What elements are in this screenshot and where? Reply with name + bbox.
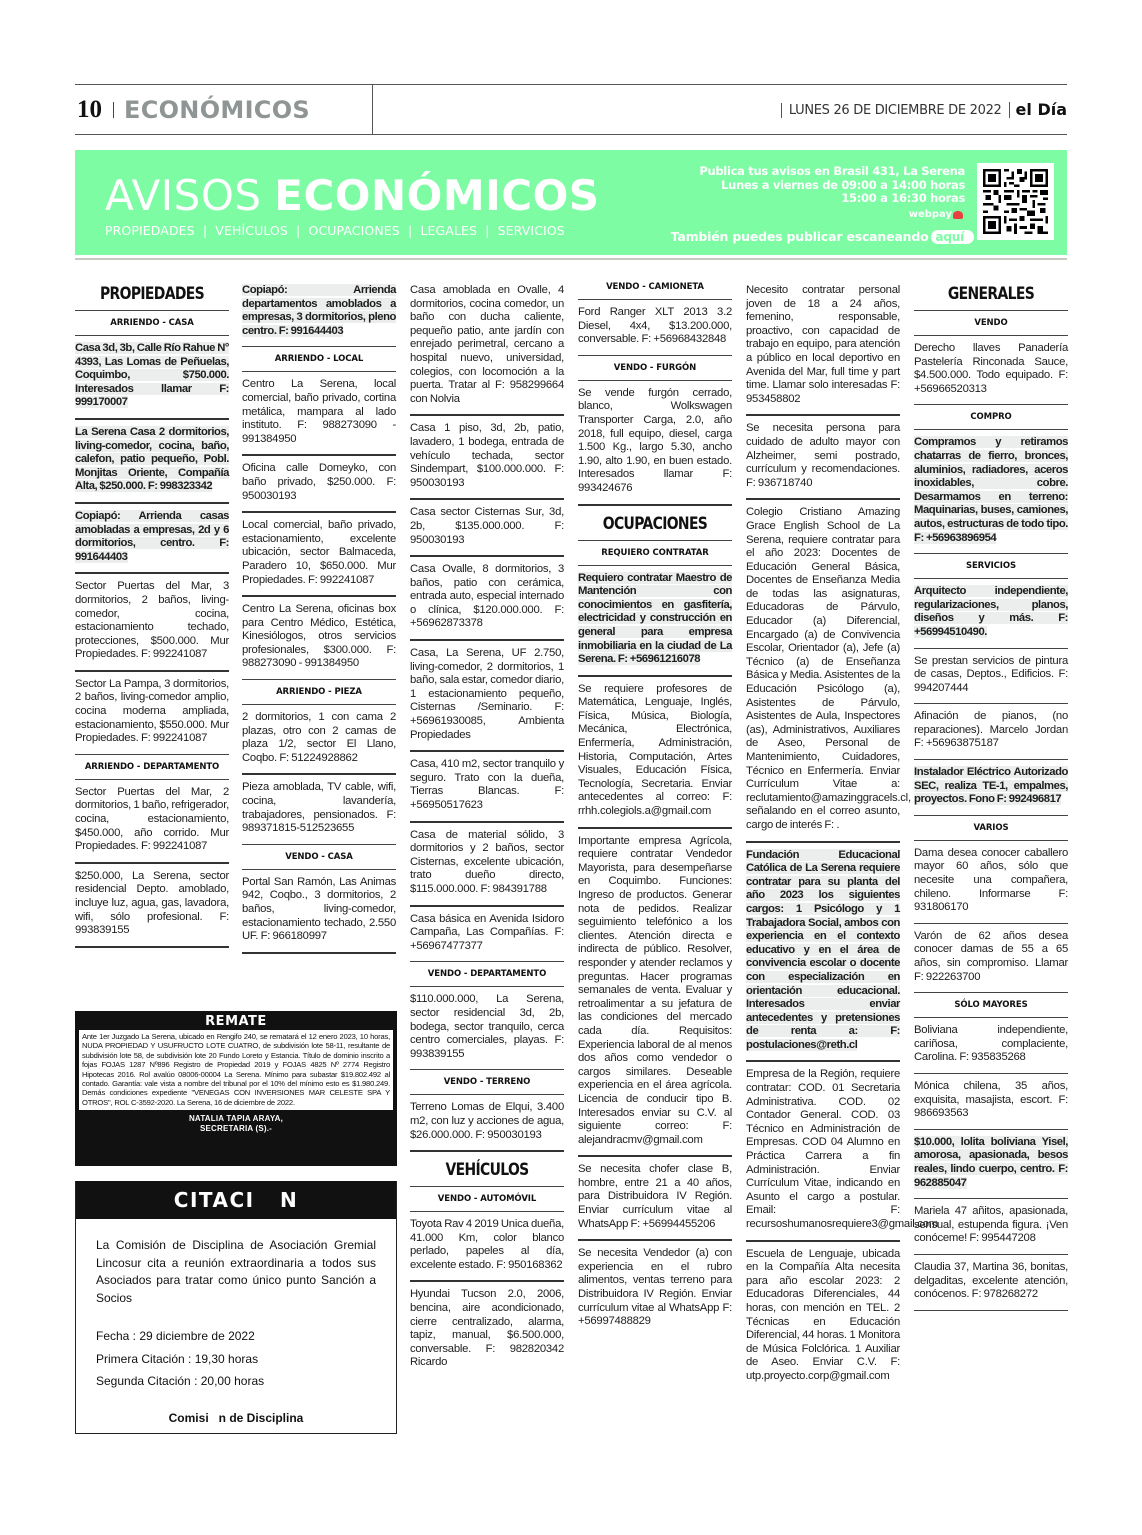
subsection-vendo-camioneta: VENDO - CAMIONETA <box>578 280 732 299</box>
section-title-propiedades: PROPIEDADES <box>89 280 215 310</box>
ad-text: Fundación Educacional Católica de La Ser… <box>746 849 900 1051</box>
classified-ad: La Serena Casa 2 dormitorios, living-com… <box>75 420 229 502</box>
subsection-vendo-departamento: VENDO - DEPARTAMENTO <box>410 962 564 986</box>
classified-ad: Se vende furgón cerrado, blanco, Wolkswa… <box>578 381 732 504</box>
ad-text: Copiapó: Arrienda departamentos amoblado… <box>242 284 396 337</box>
classified-ad: Necesito contratar personal joven de 18 … <box>746 280 900 414</box>
classified-ad: Arquitecto independiente, regularizacion… <box>914 579 1068 647</box>
banner-title-light: AVISOS <box>105 171 262 220</box>
classified-ad: Se prestan servicios de pintura de casas… <box>914 649 1068 704</box>
classified-ad: Portal San Ramón, Las Animas 942, Coqbo.… <box>242 870 396 952</box>
banner-bottom-rule <box>75 258 1067 260</box>
webpay-plus-icon <box>953 211 963 219</box>
classified-ad: Pieza amoblada, TV cable, wifi, cocina, … <box>242 775 396 843</box>
classified-ad: Casa básica en Avenida Isidoro Campaña, … <box>410 907 564 962</box>
subsection-compro: COMPRO <box>914 405 1068 429</box>
classified-ad: Casa amoblada en Ovalle, 4 dormitorios, … <box>410 280 564 414</box>
subsection-vendo-furgon: VENDO - FURGÓN <box>578 356 732 380</box>
ad-text: Copiapó: Arrienda casas amobladas a empr… <box>75 510 229 563</box>
ad-text: Requiero contratar Maestro de Mantención… <box>578 572 732 666</box>
banner-title-bold: ECONÓMICOS <box>274 171 599 220</box>
header-right: LUNES 26 DE DICIEMBRE DE 2022 el Día <box>781 85 1067 135</box>
column-4: VENDO - CAMIONETA Ford Ranger XLT 2013 3… <box>578 280 732 1337</box>
section-title-ocupaciones: OCUPACIONES <box>592 506 718 540</box>
classified-ad: Ford Ranger XLT 2013 3.2 Diesel, 4x4, $1… <box>578 300 732 355</box>
page-number: 10 <box>77 96 102 124</box>
classified-ad: Casa, 410 m2, sector tranquilo y seguro.… <box>410 752 564 820</box>
banner-categories: PROPIEDADES | VEHÍCULOS | OCUPACIONES | … <box>105 223 565 238</box>
classified-ad: Casa 1 piso, 3d, 2b, patio, lavadero, 1 … <box>410 416 564 498</box>
classified-ad: Casa sector Cisternas Sur, 3d, 2b, $135.… <box>410 500 564 555</box>
classified-ad: Casa 3d, 3b, Calle Río Rahue N° 4393, La… <box>75 336 229 418</box>
column-5: Necesito contratar personal joven de 18 … <box>746 280 900 1392</box>
subsection-arriendo-pieza: ARRIENDO - PIEZA <box>242 680 396 704</box>
scan-here-link[interactable]: aquí <box>931 230 974 244</box>
classified-ad: Claudia 37, Martina 36, bonitas, delgadi… <box>914 1255 1068 1310</box>
publish-address: Publica tus avisos en Brasil 431, La Ser… <box>699 165 965 179</box>
classified-ad: Centro La Serena, oficinas box para Cent… <box>242 597 396 679</box>
citacion-segunda: Segunda Citación : 20,00 horas <box>76 1370 396 1393</box>
remate-body: Ante 1er Juzgado La Serena, ubicado en R… <box>79 1030 393 1110</box>
classified-ad: Se necesita chofer clase B, hombre, entr… <box>578 1157 732 1239</box>
divider <box>75 946 229 948</box>
subsection-arriendo-local: ARRIENDO - LOCAL <box>242 347 396 371</box>
section-title-generales: GENERALES <box>928 280 1054 310</box>
banner-publish-info: Publica tus avisos en Brasil 431, La Ser… <box>699 165 965 206</box>
classified-ad: Local comercial, baño privado, estaciona… <box>242 513 396 595</box>
classified-ad: Sector Puertas del Mar, 2 dormitorios, 1… <box>75 780 229 862</box>
banner-scan-cta: También puedes publicar escaneando aquí <box>671 229 974 244</box>
scan-here-label: aquí <box>935 230 964 244</box>
citacion-notice: CITACI N La Comisión de Disciplina de As… <box>75 1181 397 1434</box>
classified-ad: $110.000.000, La Serena, sector residenc… <box>410 987 564 1069</box>
classified-ad: Compramos y retiramos chatarras de fierr… <box>914 430 1068 553</box>
classified-ad: Sector La Pampa, 3 dormitorios, 2 baños,… <box>75 672 229 754</box>
classified-ad: Importante empresa Agrícola, requiere co… <box>578 829 732 1156</box>
scan-text: También puedes publicar escaneando <box>671 229 929 244</box>
classified-ad: Copiapó: Arrienda departamentos amoblado… <box>242 280 396 346</box>
classified-ad: Oficina calle Domeyko, con baño privado,… <box>242 456 396 511</box>
ad-text: Instalador Eléctrico Autorizado SEC, rea… <box>914 766 1068 805</box>
newspaper-logo: el Día <box>1009 102 1067 118</box>
page-header: 10 ECONÓMICOS LUNES 26 DE DICIEMBRE DE 2… <box>75 85 1067 135</box>
divider <box>242 952 396 954</box>
section-title-vehiculos: VEHÍCULOS <box>424 1152 550 1186</box>
section-name: ECONÓMICOS <box>124 96 310 124</box>
column-2: Copiapó: Arrienda departamentos amoblado… <box>242 280 396 954</box>
classified-ad: Varón de 62 años desea conocer damas de … <box>914 924 1068 992</box>
citacion-body: La Comisión de Disciplina de Asociación … <box>76 1219 396 1307</box>
publish-hours-morning: Lunes a viernes de 09:00 a 14:00 horas <box>699 179 965 193</box>
subsection-vendo-terreno: VENDO - TERRENO <box>410 1070 564 1094</box>
ad-text: La Serena Casa 2 dormitorios, living-com… <box>75 426 229 492</box>
publish-hours-afternoon: 15:00 a 16:30 horas <box>699 192 965 206</box>
spacer <box>76 1307 396 1325</box>
classified-ad: 2 dormitorios, 1 con cama 2 plazas, otro… <box>242 705 396 773</box>
webpay-label: webpay <box>909 209 952 220</box>
classified-ad: Empresa de la Región, requiere contratar… <box>746 1062 900 1239</box>
classified-ad: Escuela de Lenguaje, ubicada en la Compa… <box>746 1242 900 1392</box>
classified-ad: Fundación Educacional Católica de La Ser… <box>746 843 900 1061</box>
classified-ad: Boliviana independiente, cariñosa, compl… <box>914 1018 1068 1073</box>
remate-title: REMATE <box>75 1011 397 1030</box>
ad-text: Arquitecto independiente, regularizacion… <box>914 585 1068 638</box>
classified-ad: Hyundai Tucson 2.0, 2006, bencina, aire … <box>410 1282 564 1378</box>
ad-text: Compramos y retiramos chatarras de fierr… <box>914 436 1068 543</box>
subsection-servicios: SERVICIOS <box>914 554 1068 578</box>
qr-code-icon[interactable] <box>977 163 1054 240</box>
classified-ad: Colegio Cristiano Amazing Grace English … <box>746 500 900 840</box>
divider <box>914 1310 1068 1311</box>
classified-ad: Centro La Serena, local comercial, baño … <box>242 372 396 454</box>
classified-ad: Mariela 47 añitos, apasionada, sensual, … <box>914 1199 1068 1254</box>
remate-signature: NATALIA TAPIA ARAYA, SECRETARIA (S).- <box>75 1110 397 1134</box>
citacion-signature: Comisi n de Disciplina <box>76 1411 396 1425</box>
classified-ad: $250.000, La Serena, sector residencial … <box>75 864 229 946</box>
classified-ad: $10.000, lolita boliviana Yisel, amorosa… <box>914 1130 1068 1198</box>
classified-ad: Se necesita Vendedor (a) con experiencia… <box>578 1241 732 1337</box>
classified-ad: Dama desea conocer caballero mayor 60 añ… <box>914 841 1068 923</box>
classified-ad: Casa de material sólido, 3 dormitorios y… <box>410 823 564 905</box>
avisos-banner: AVISOS ECONÓMICOS PROPIEDADES | VEHÍCULO… <box>75 150 1067 255</box>
header-left: 10 ECONÓMICOS <box>75 85 373 135</box>
subsection-vendo: VENDO <box>914 311 1068 335</box>
classified-ad: Terreno Lomas de Elqui, 3.400 m2, con lu… <box>410 1095 564 1150</box>
ad-text: $10.000, lolita boliviana Yisel, amorosa… <box>914 1136 1068 1189</box>
remate-notice: REMATE Ante 1er Juzgado La Serena, ubica… <box>75 1011 397 1166</box>
banner-title: AVISOS ECONÓMICOS <box>105 172 600 220</box>
classified-ad: Requiero contratar Maestro de Mantención… <box>578 566 732 675</box>
play-arrow-icon <box>966 233 971 241</box>
classified-ad: Se necesita persona para cuidado de adul… <box>746 416 900 498</box>
header-divider <box>113 102 114 118</box>
classified-ad: Toyota Rav 4 2019 Unica dueña, 41.000 Km… <box>410 1212 564 1280</box>
classified-ad: Copiapó: Arrienda casas amobladas a empr… <box>75 504 229 572</box>
column-6: GENERALES VENDO Derecho llaves Panadería… <box>914 280 1068 1311</box>
subsection-vendo-automovil: VENDO - AUTOMÓVIL <box>410 1187 564 1211</box>
classified-ad: Casa Ovalle, 8 dormitorios, 3 baños, pat… <box>410 557 564 639</box>
issue-date: LUNES 26 DE DICIEMBRE DE 2022 <box>781 103 1002 118</box>
classified-ad: Derecho llaves Panadería Pastelería Rinc… <box>914 336 1068 404</box>
subsection-vendo-casa: VENDO - CASA <box>242 845 396 869</box>
subsection-varios: VARIOS <box>914 816 1068 840</box>
ad-text: Casa 3d, 3b, Calle Río Rahue N° 4393, La… <box>75 342 229 408</box>
webpay-logo: webpay <box>909 209 963 220</box>
citacion-title: CITACI N <box>76 1181 396 1219</box>
citacion-primera: Primera Citación : 19,30 horas <box>76 1348 396 1371</box>
subsection-solo-mayores: SÓLO MAYORES <box>914 993 1068 1017</box>
classified-ad: Sector Puertas del Mar, 3 dormitorios, 2… <box>75 574 229 670</box>
classified-ad: Mónica chilena, 35 años, exquisita, masa… <box>914 1074 1068 1129</box>
citacion-fecha: Fecha : 29 diciembre de 2022 <box>76 1325 396 1348</box>
qr-code-graphic <box>983 169 1048 234</box>
column-3: Casa amoblada en Ovalle, 4 dormitorios, … <box>410 280 564 1378</box>
subsection-requiero-contratar: REQUIERO CONTRATAR <box>578 541 732 565</box>
column-1: PROPIEDADES ARRIENDO - CASA Casa 3d, 3b,… <box>75 280 229 948</box>
remate-signer: NATALIA TAPIA ARAYA, <box>75 1114 397 1124</box>
header-bottom-rule <box>75 134 1067 135</box>
classified-ad: Casa, La Serena, UF 2.750, living-comedo… <box>410 641 564 750</box>
classified-ad: Se requiere profesores de Matemática, Le… <box>578 677 732 827</box>
subsection-arriendo-departamento: ARRIENDO - DEPARTAMENTO <box>75 755 229 779</box>
classified-ad: Instalador Eléctrico Autorizado SEC, rea… <box>914 760 1068 815</box>
remate-signer-role: SECRETARIA (S).- <box>75 1124 397 1134</box>
classified-ad: Afinación de pianos, (no reparaciones). … <box>914 704 1068 759</box>
subsection-arriendo-casa: ARRIENDO - CASA <box>75 311 229 335</box>
